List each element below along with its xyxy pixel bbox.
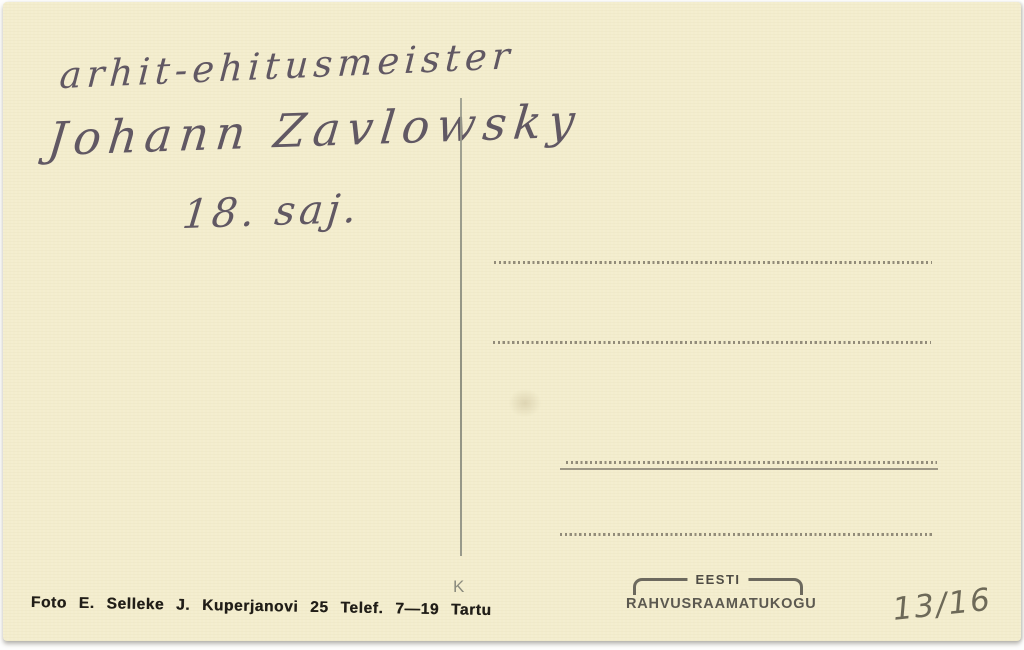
publisher-imprint: Foto E. Selleke J. Kuperjanovi 25 Telef.… (31, 594, 492, 620)
printer-mark-k: K (453, 577, 465, 597)
handwritten-note-line-3: 18. saj. (180, 186, 363, 238)
address-rule-3 (566, 461, 937, 464)
address-rule-4 (560, 533, 932, 536)
postcard-paper: arhit-ehitusmeister Johann Zavlowsky 18.… (3, 2, 1021, 641)
postcard-scan: arhit-ehitusmeister Johann Zavlowsky 18.… (0, 0, 1024, 650)
library-stamp: EESTI RAHVUSRAAMATUKOGU (633, 572, 803, 614)
handwritten-note-line-2: Johann Zavlowsky (45, 93, 584, 166)
address-rule-3-underline (560, 468, 938, 470)
catalog-number: 13/16 (891, 582, 994, 628)
divider-line (460, 98, 462, 556)
handwritten-note-line-1: arhit-ehitusmeister (58, 34, 515, 97)
stamp-text-line-1: EESTI (687, 572, 748, 587)
address-rule-2 (493, 341, 931, 344)
paper-stain (503, 384, 547, 422)
stamp-text-line-2: RAHVUSRAAMATUKOGU (626, 596, 810, 612)
address-rule-1 (494, 261, 932, 264)
